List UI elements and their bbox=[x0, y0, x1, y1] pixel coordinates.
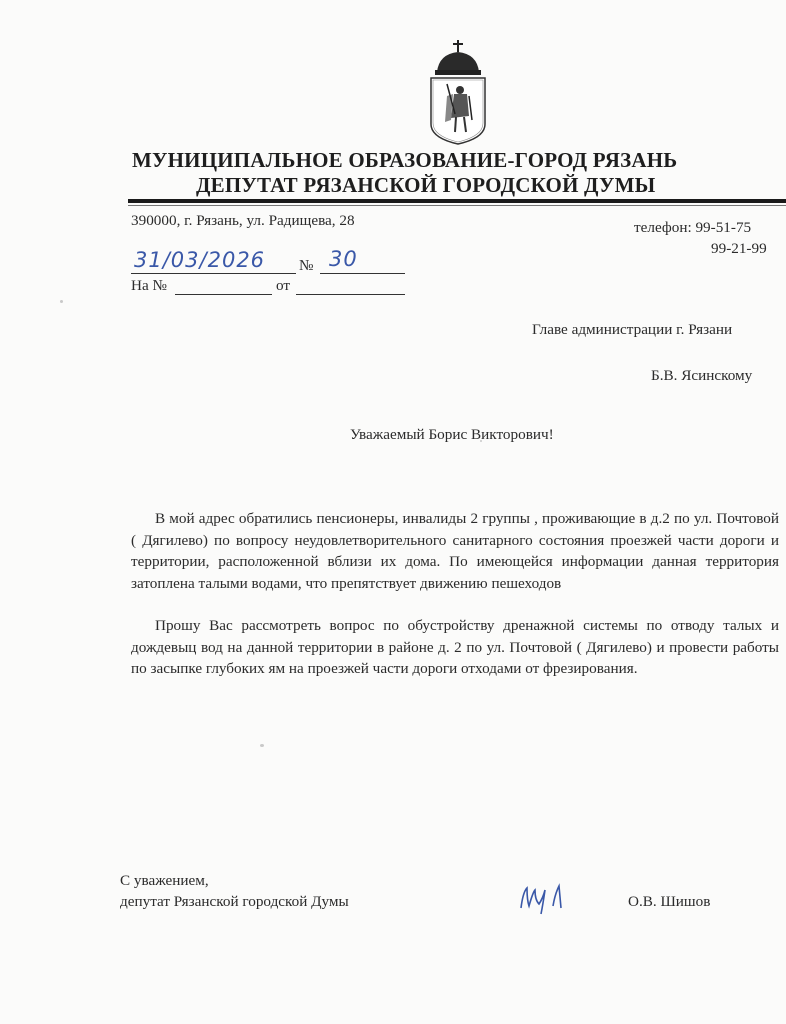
addressee-position: Главе администрации г. Рязани bbox=[532, 321, 732, 339]
body-paragraph: Прошу Вас рассмотреть вопрос по обустрой… bbox=[131, 615, 779, 680]
letterhead-organization: МУНИЦИПАЛЬНОЕ ОБРАЗОВАНИЕ-ГОРОД РЯЗАНЬ bbox=[132, 148, 677, 173]
outgoing-number-handwritten: 30 bbox=[329, 247, 358, 271]
reply-date-label: от bbox=[276, 277, 290, 295]
number-underline bbox=[320, 273, 405, 274]
addressee-name: Б.В. Ясинскому bbox=[651, 367, 752, 385]
signer-position: депутат Рязанской городской Думы bbox=[120, 893, 349, 911]
letterhead-divider-thin bbox=[128, 205, 786, 206]
signer-name: О.В. Шишов bbox=[628, 893, 710, 911]
ryazan-coat-of-arms-icon bbox=[425, 38, 491, 146]
scan-speck bbox=[60, 300, 63, 303]
scan-speck bbox=[260, 744, 264, 747]
outgoing-number-label: № bbox=[299, 257, 314, 275]
reply-number-underline bbox=[175, 294, 272, 295]
phone-number-secondary: 99-21-99 bbox=[711, 240, 767, 258]
date-underline bbox=[131, 273, 296, 274]
handwritten-signature-icon bbox=[515, 878, 573, 918]
phone-number-primary: телефон: 99-51-75 bbox=[634, 219, 751, 237]
scan-speck bbox=[480, 440, 482, 442]
salutation: Уважаемый Борис Викторович! bbox=[350, 426, 554, 444]
outgoing-date-handwritten: 31/03/2026 bbox=[134, 248, 265, 272]
body-paragraph: В мой адрес обратились пенсионеры, инвал… bbox=[131, 508, 779, 594]
reply-to-number-label: На № bbox=[131, 277, 167, 295]
letterhead-divider-thick bbox=[128, 199, 786, 203]
closing-regards: С уважением, bbox=[120, 872, 209, 890]
sender-address: 390000, г. Рязань, ул. Радищева, 28 bbox=[131, 212, 355, 230]
reply-date-underline bbox=[296, 294, 405, 295]
letterhead-deputy-title: ДЕПУТАТ РЯЗАНСКОЙ ГОРОДСКОЙ ДУМЫ bbox=[196, 173, 655, 198]
